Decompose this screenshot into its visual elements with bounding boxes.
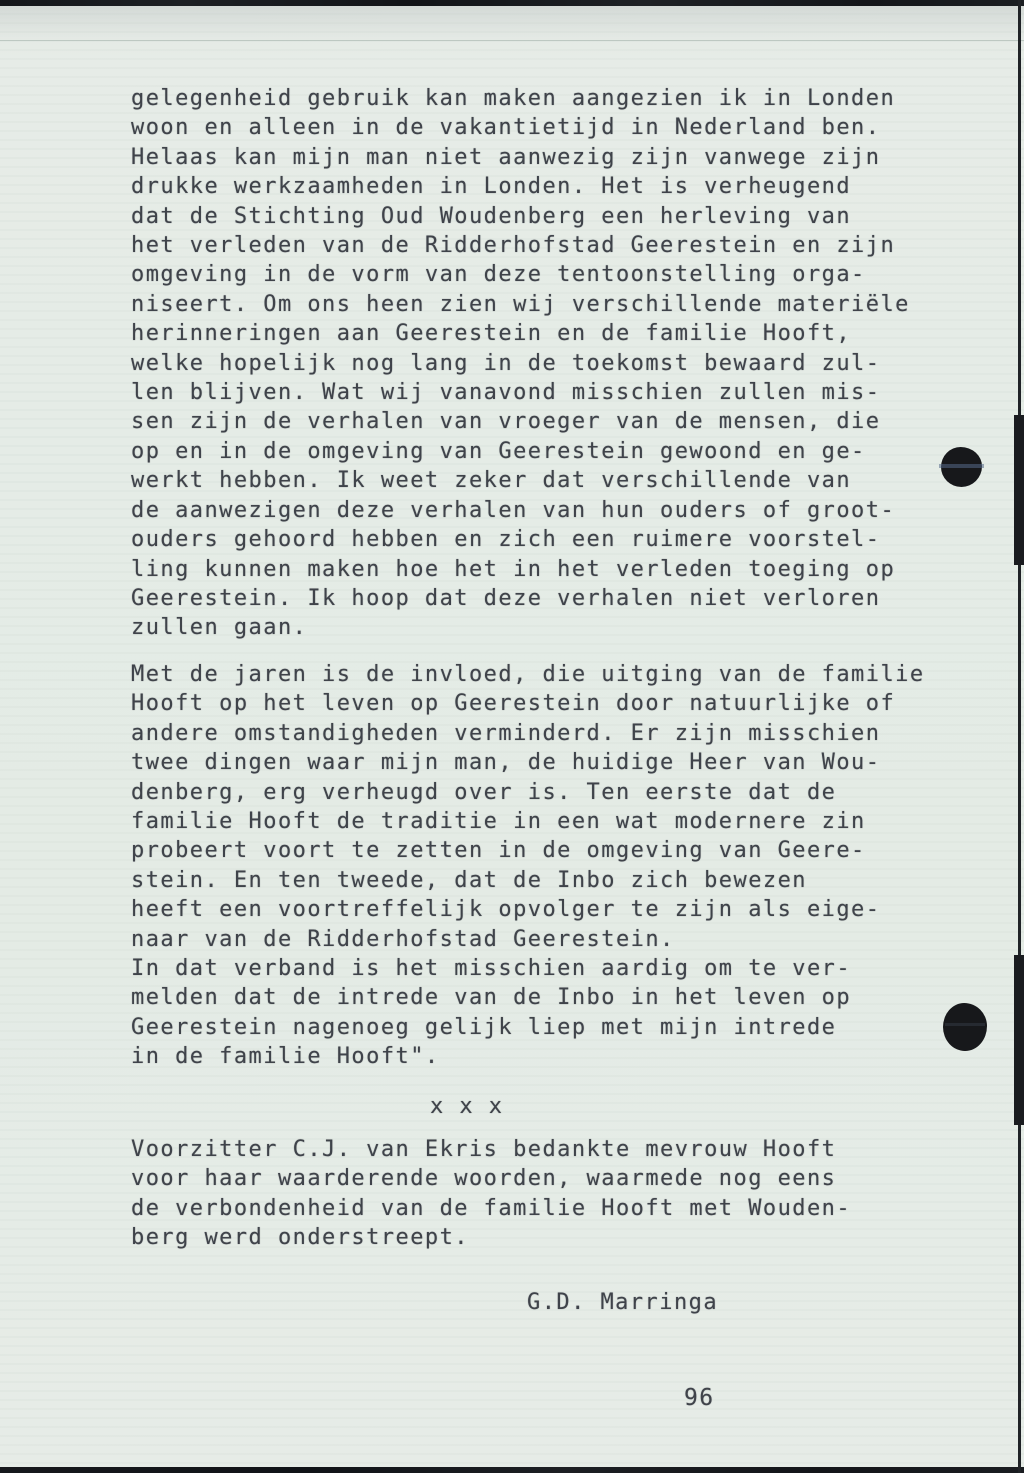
- scan-top-haze: [0, 6, 1024, 41]
- text-line: de aanwezigen deze verhalen van hun oude…: [131, 496, 910, 525]
- text-line: welke hopelijk nog lang in de toekomst b…: [131, 349, 910, 378]
- text-line: berg werd onderstreept.: [131, 1223, 851, 1252]
- text-line: andere omstandigheden verminderd. Er zij…: [131, 719, 925, 748]
- text-line: drukke werkzaamheden in Londen. Het is v…: [131, 172, 910, 201]
- text-line: op en in de omgeving van Geerestein gewo…: [131, 437, 910, 466]
- text-line: len blijven. Wat wij vanavond misschien …: [131, 378, 910, 407]
- text-line: het verleden van de Ridderhofstad Geeres…: [131, 231, 910, 260]
- text-line: familie Hooft de traditie in een wat mod…: [131, 807, 925, 836]
- text-line: werkt hebben. Ik weet zeker dat verschil…: [131, 466, 910, 495]
- scan-bottom-edge: [0, 1467, 1024, 1473]
- text-line: woon en alleen in de vakantietijd in Ned…: [131, 113, 910, 142]
- scan-top-edge: [0, 0, 1024, 6]
- text-line: Hooft op het leven op Geerestein door na…: [131, 689, 925, 718]
- text-line: Helaas kan mijn man niet aanwezig zijn v…: [131, 143, 910, 172]
- text-line: dat de Stichting Oud Woudenberg een herl…: [131, 202, 910, 231]
- text-line: melden dat de intrede van de Inbo in het…: [131, 983, 925, 1012]
- scan-right-edge-segment: [1014, 955, 1024, 1125]
- scan-right-edge-segment: [1014, 415, 1024, 565]
- text-line: naar van de Ridderhofstad Geerestein.: [131, 925, 925, 954]
- text-line: voor haar waarderende woorden, waarmede …: [131, 1164, 851, 1193]
- text-line: In dat verband is het misschien aardig o…: [131, 954, 925, 983]
- section-separator: x x x: [430, 1092, 503, 1121]
- text-line: ouders gehoord hebben en zich een ruimer…: [131, 525, 910, 554]
- text-line: zullen gaan.: [131, 613, 910, 642]
- text-line: in de familie Hooft".: [131, 1042, 925, 1071]
- text-line: de verbondenheid van de familie Hooft me…: [131, 1194, 851, 1223]
- paragraph-closing: Voorzitter C.J. van Ekris bedankte mevro…: [131, 1135, 851, 1253]
- text-line: Geerestein nagenoeg gelijk liep met mijn…: [131, 1013, 925, 1042]
- scanned-document-page: gelegenheid gebruik kan maken aangezien …: [0, 0, 1024, 1473]
- text-line: omgeving in de vorm van deze tentoonstel…: [131, 260, 910, 289]
- text-line: Voorzitter C.J. van Ekris bedankte mevro…: [131, 1135, 851, 1164]
- scan-right-edge: [1018, 0, 1021, 1473]
- paragraph-speech-part-1: gelegenheid gebruik kan maken aangezien …: [131, 84, 910, 643]
- text-line: herinneringen aan Geerestein en de famil…: [131, 319, 910, 348]
- text-line: Met de jaren is de invloed, die uitging …: [131, 660, 925, 689]
- paragraph-speech-part-2: Met de jaren is de invloed, die uitging …: [131, 660, 925, 1072]
- text-line: sen zijn de verhalen van vroeger van de …: [131, 407, 910, 436]
- text-line: denberg, erg verheugd over is. Ten eerst…: [131, 778, 925, 807]
- text-line: heeft een voortreffelijk opvolger te zij…: [131, 895, 925, 924]
- text-line: probeert voort te zetten in de omgeving …: [131, 836, 925, 865]
- text-line: stein. En ten tweede, dat de Inbo zich b…: [131, 866, 925, 895]
- text-line: Geerestein. Ik hoop dat deze verhalen ni…: [131, 584, 910, 613]
- text-line: niseert. Om ons heen zien wij verschille…: [131, 290, 910, 319]
- ink-dot-bottom: [943, 1003, 987, 1051]
- ink-dot-top: [941, 447, 982, 487]
- page-number: 96: [684, 1384, 715, 1413]
- author-signature: G.D. Marringa: [527, 1288, 718, 1317]
- text-line: gelegenheid gebruik kan maken aangezien …: [131, 84, 910, 113]
- text-line: ling kunnen maken hoe het in het verlede…: [131, 555, 910, 584]
- text-line: twee dingen waar mijn man, de huidige He…: [131, 748, 925, 777]
